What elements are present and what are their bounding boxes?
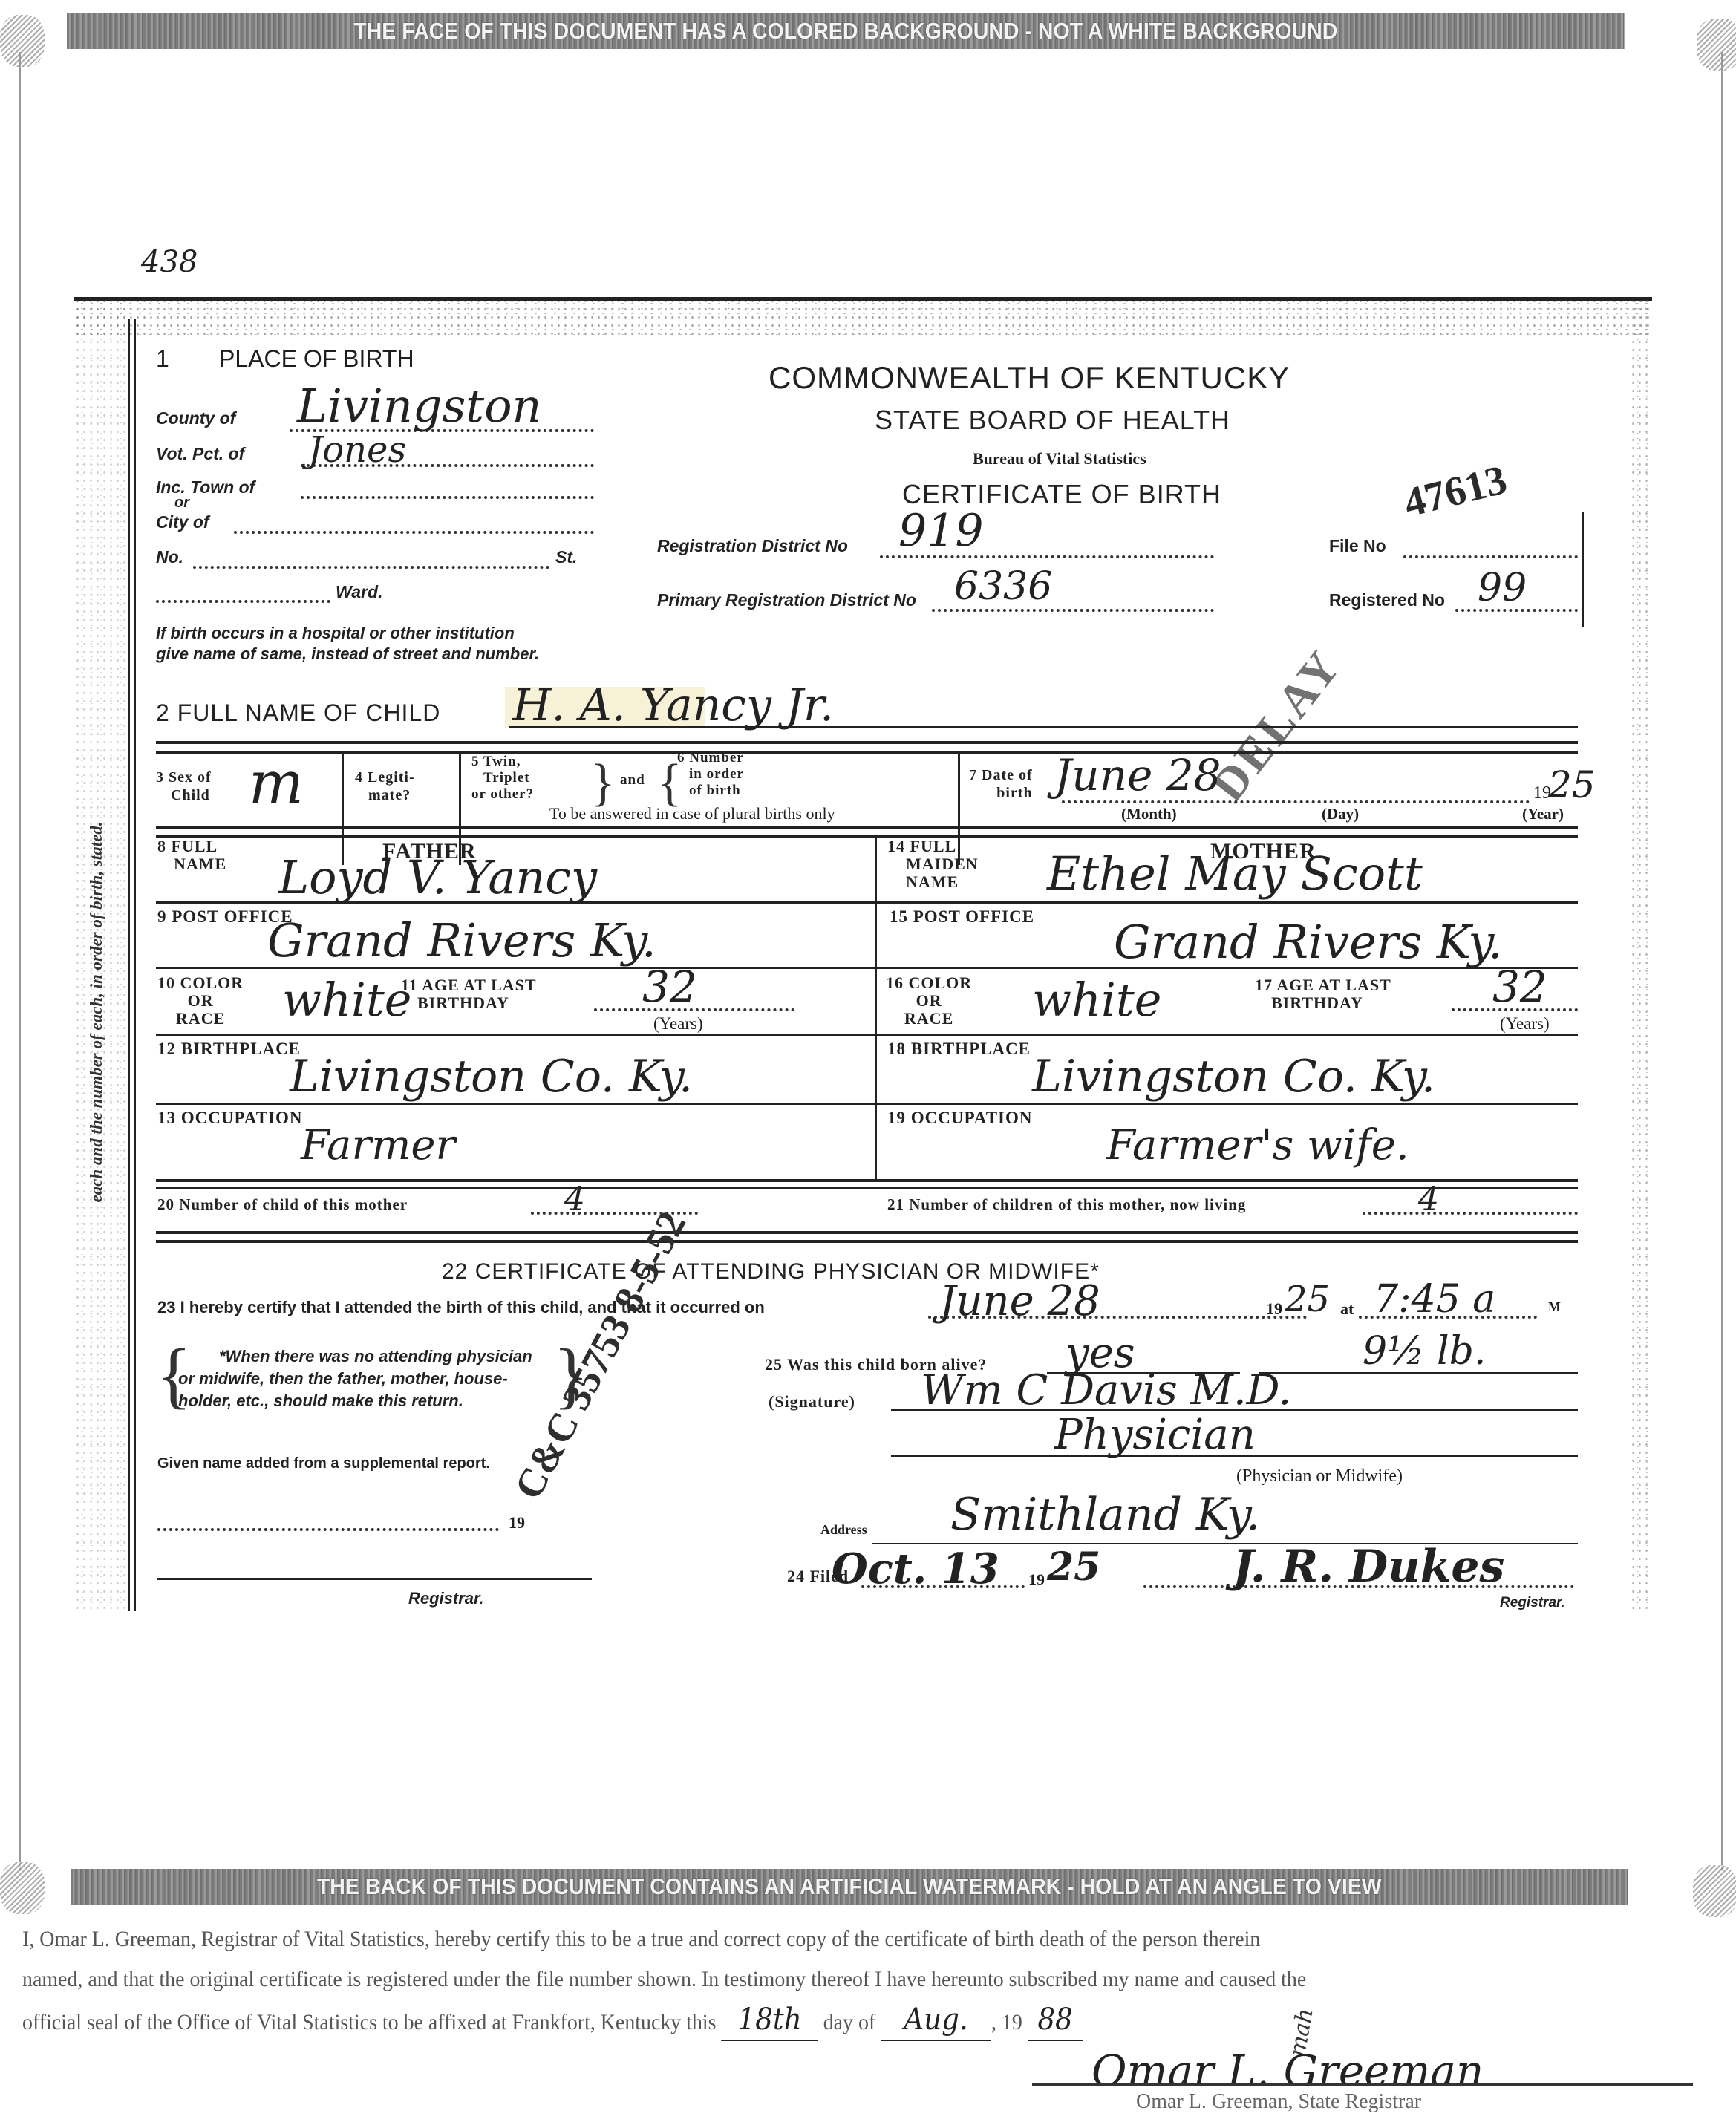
county-value[interactable]: Livingston	[297, 379, 541, 433]
children-living-value[interactable]: 4	[1418, 1181, 1439, 1218]
occurred-year-prefix: 19	[1266, 1299, 1282, 1319]
vot-pct-label: Vot. Pct. of	[156, 444, 244, 464]
twin-label: 5 Twin,Tripletor other?	[471, 754, 534, 803]
child-name-label: 2 FULL NAME OF CHILD	[156, 699, 440, 727]
top-border-line	[74, 297, 1652, 301]
mother-name-label-2: MAIDEN	[887, 855, 979, 873]
birth-weight-value[interactable]: 9½ lb.	[1363, 1329, 1486, 1374]
registrar-certification: I, Omar L. Greeman, Registrar of Vital S…	[22, 1919, 1604, 2043]
street-field-line	[193, 566, 549, 569]
hospital-note-line-2: give name of same, instead of street and…	[156, 644, 539, 664]
rule-child-top-2	[156, 751, 1578, 754]
physician-certify-text: 23 I hereby certify that I attended the …	[157, 1298, 765, 1317]
child-number-label: 20 Number of child of this mother	[157, 1195, 408, 1214]
state-title: COMMONWEALTH OF KENTUCKY	[769, 360, 1290, 396]
mother-color-label-1: 16 COLOR	[886, 973, 972, 992]
certification-year-prefix: , 19	[991, 2010, 1022, 2034]
mother-name-value[interactable]: Ethel May Scott	[1047, 846, 1423, 901]
physician-signature-value[interactable]: Wm C Davis M.D.	[921, 1366, 1291, 1414]
mother-occupation-label: 19 OCCUPATION	[887, 1109, 1033, 1128]
rule-physician-top-2	[156, 1240, 1578, 1243]
street-st-label: St.	[555, 547, 577, 567]
dob-label-1: 7 Date of	[969, 767, 1033, 783]
physician-note-line-1: *When there was no attending physician	[178, 1347, 532, 1365]
city-field-line	[234, 531, 594, 534]
child-number-value[interactable]: 4	[564, 1181, 585, 1218]
state-registrar-title: Omar L. Greeman, State Registrar	[1136, 2090, 1421, 2114]
mother-name-label: 14 FULLMAIDENNAME	[887, 838, 979, 891]
inc-town-field-line	[301, 496, 594, 499]
file-no-line	[1403, 555, 1578, 558]
page-number-handwritten: 438	[141, 245, 198, 279]
physician-title-value[interactable]: Physician	[1054, 1411, 1256, 1459]
number-label-1: 6 Number	[677, 750, 744, 766]
board-title: STATE BOARD OF HEALTH	[875, 405, 1230, 436]
state-registrar-signature-line	[1032, 2083, 1693, 2086]
mother-occupation-value[interactable]: Farmer's wife.	[1106, 1121, 1409, 1169]
physician-note-line-2: or midwife, then the father, mother, hou…	[178, 1369, 508, 1388]
father-birthplace-rule	[156, 1103, 875, 1105]
ward-field-line	[156, 600, 330, 603]
parents-divider	[875, 838, 877, 1179]
at-label: at	[1340, 1299, 1354, 1319]
border-scallop-left-top	[0, 15, 45, 67]
dob-value[interactable]: June 28	[1054, 750, 1221, 800]
year-label: (Year)	[1522, 805, 1564, 823]
certification-day-value[interactable]: 18th	[722, 2000, 818, 2041]
filed-date-value[interactable]: Oct. 13	[832, 1544, 999, 1593]
number-label-2: in order	[677, 766, 744, 782]
delay-stamp: DELAY	[1201, 639, 1353, 812]
father-post-office-value[interactable]: Grand Rivers Ky.	[267, 913, 656, 967]
dob-year-value[interactable]: 25	[1548, 763, 1596, 806]
physician-or-midwife-label: (Physician or Midwife)	[1236, 1466, 1403, 1486]
registrar-signature-value[interactable]: J. R. Dukes	[1233, 1541, 1504, 1593]
scan-speckle-right	[1630, 297, 1652, 1611]
number-label-3: of birth	[677, 783, 741, 798]
father-po-rule	[156, 967, 875, 969]
mother-name-label-1: 14 FULL	[887, 837, 956, 855]
children-living-label: 21 Number of children of this mother, no…	[887, 1195, 1246, 1214]
physician-note-line-3: holder, etc., should make this return.	[178, 1391, 463, 1410]
rule-children-top-1	[156, 1179, 1578, 1182]
bottom-security-banner: THE BACK OF THIS DOCUMENT CONTAINS AN AR…	[71, 1869, 1628, 1905]
certification-month-value[interactable]: Aug.	[881, 2000, 991, 2041]
legit-label-1: 4 Legiti-	[355, 769, 415, 786]
mother-color-label-2: OR	[916, 991, 942, 1010]
time-value[interactable]: 7:45 a	[1374, 1277, 1495, 1322]
legit-label: 4 Legiti-mate?	[355, 768, 415, 804]
certification-line-3-text: official seal of the Office of Vital Sta…	[22, 2010, 717, 2034]
mother-age-label-2: BIRTHDAY	[1255, 993, 1363, 1012]
primary-registration-line	[932, 609, 1214, 612]
place-of-birth-title: PLACE OF BIRTH	[219, 345, 414, 373]
certification-day-of-label: day of	[823, 2010, 876, 2034]
physician-note: *When there was no attending physicianor…	[178, 1345, 532, 1412]
or-label: or	[174, 495, 189, 512]
page-border-right	[1721, 52, 1723, 1871]
registered-no-label: Registered No	[1329, 590, 1445, 610]
file-no-label: File No	[1329, 536, 1386, 556]
father-color-value[interactable]: white	[282, 973, 411, 1027]
registrar-left-label: Registrar.	[408, 1589, 484, 1608]
vot-pct-value[interactable]: Jones	[308, 429, 406, 471]
signature-label: (Signature)	[769, 1392, 855, 1411]
day-label: (Day)	[1322, 805, 1359, 823]
father-name-value[interactable]: Loyd V. Yancy	[278, 850, 597, 904]
certification-line-3: official seal of the Office of Vital Sta…	[22, 2000, 1604, 2043]
mother-name-rule	[877, 901, 1578, 904]
sex-value[interactable]: m	[249, 750, 304, 817]
filed-year-value[interactable]: 25	[1047, 1544, 1100, 1590]
father-name-label-1: 8 FULL	[157, 837, 218, 855]
dob-field-line	[1062, 800, 1530, 803]
father-color-rule	[156, 1034, 875, 1036]
mother-birthplace-value[interactable]: Livingston Co. Ky.	[1032, 1051, 1435, 1103]
left-border-line-1	[128, 319, 130, 1611]
filed-year-prefix: 19	[1028, 1570, 1045, 1590]
birth-certificate: each and the number of each, in order of…	[74, 297, 1652, 1611]
primary-registration-label: Primary Registration District No	[657, 590, 916, 610]
mother-color-value[interactable]: white	[1032, 973, 1161, 1027]
certificate-stamp-number: 47613	[1399, 456, 1511, 527]
mother-po-rule	[877, 967, 1578, 969]
inc-town-label: Inc. Town of	[156, 477, 255, 497]
plural-births-note: To be answered in case of plural births …	[549, 804, 835, 823]
mother-birthplace-label: 18 BIRTHPLACE	[887, 1039, 1031, 1059]
father-name-label-2: NAME	[157, 855, 226, 873]
mother-name-label-3: NAME	[887, 872, 959, 891]
father-name-rule	[156, 901, 875, 904]
father-age-label-1: 11 AGE AT LAST	[401, 976, 537, 994]
child-name-underline	[509, 726, 1578, 728]
father-age-value[interactable]: 32	[642, 962, 697, 1012]
father-years-label: (Years)	[653, 1014, 703, 1034]
sex-label-1: 3 Sex of	[156, 769, 212, 786]
bureau-title: Bureau of Vital Statistics	[973, 449, 1146, 469]
mother-age-label-1: 17 AGE AT LAST	[1255, 976, 1391, 994]
registration-right-bar	[1582, 512, 1584, 627]
sex-legit-divider	[342, 754, 344, 865]
rule-child-top-1	[156, 741, 1578, 744]
month-label: (Month)	[1121, 805, 1177, 823]
ward-label: Ward.	[336, 582, 382, 602]
registrar-right-label: Registrar.	[1500, 1595, 1565, 1611]
border-scallop-left-bottom	[0, 1862, 45, 1914]
address-value[interactable]: Smithland Ky.	[950, 1489, 1260, 1541]
mother-age-value[interactable]: 32	[1492, 962, 1547, 1012]
occurred-date-value[interactable]: June 28	[939, 1277, 1100, 1325]
mother-color-label: 16 COLORORRACE	[886, 974, 972, 1028]
city-label: City of	[156, 512, 209, 532]
mother-age-label: 17 AGE AT LASTBIRTHDAY	[1255, 976, 1391, 1012]
sex-label-2: Child	[156, 787, 210, 803]
mother-years-label: (Years)	[1500, 1014, 1550, 1034]
father-color-label-1: 10 COLOR	[157, 973, 244, 992]
mother-color-label-3: RACE	[904, 1009, 953, 1028]
certification-year-value[interactable]: 88	[1028, 2000, 1083, 2041]
father-occupation-value[interactable]: Farmer	[301, 1121, 455, 1169]
mother-post-office-value[interactable]: Grand Rivers Ky.	[1114, 915, 1503, 969]
m-label: M	[1548, 1299, 1561, 1315]
page-border-left	[19, 52, 21, 1871]
and-label: and	[620, 772, 645, 789]
twin-label-1: 5 Twin,	[471, 754, 521, 769]
number-order-label: 6 Numberin orderof birth	[677, 750, 744, 799]
street-no-label: No.	[156, 547, 183, 567]
state-registrar-signature: Omar L. Greeman	[1091, 2046, 1484, 2096]
given-name-note: Given name added from a supplemental rep…	[157, 1455, 490, 1472]
certification-line-2: named, and that the original certificate…	[22, 1959, 1604, 2000]
registration-district-label: Registration District No	[657, 536, 848, 556]
supplemental-date-line	[157, 1528, 499, 1531]
supplemental-year-prefix: 19	[509, 1513, 525, 1533]
place-of-birth-number: 1	[156, 345, 169, 373]
top-security-banner: THE FACE OF THIS DOCUMENT HAS A COLORED …	[67, 13, 1625, 49]
father-age-label: 11 AGE AT LASTBIRTHDAY	[401, 976, 537, 1012]
father-color-label-3: RACE	[176, 1009, 225, 1028]
twin-label-3: or other?	[471, 786, 534, 802]
side-instruction-text: each and the number of each, in order of…	[87, 678, 106, 1346]
father-color-label-2: OR	[188, 991, 214, 1010]
supplemental-stamp: C&C 35753 8-5-52	[505, 1204, 695, 1507]
left-border-line-2	[134, 319, 136, 1611]
primary-registration-value[interactable]: 6336	[954, 564, 1052, 609]
mother-post-office-label: 15 POST OFFICE	[890, 907, 1034, 927]
father-occupation-label: 13 OCCUPATION	[157, 1109, 303, 1128]
dob-label: 7 Date ofbirth	[969, 766, 1033, 802]
rule-children-top-2	[156, 1187, 1578, 1189]
rule-parents-top-1	[156, 826, 1578, 829]
registrar-left-line	[157, 1578, 592, 1580]
mother-birthplace-rule	[877, 1103, 1578, 1105]
address-label: Address	[820, 1522, 867, 1538]
registered-no-value[interactable]: 99	[1478, 566, 1527, 610]
rule-parents-top-2	[156, 835, 1578, 838]
father-name-label: 8 FULLNAME	[157, 838, 226, 873]
rule-physician-top-1	[156, 1231, 1578, 1234]
border-scallop-right-bottom	[1693, 1865, 1736, 1917]
border-scallop-right-top	[1697, 19, 1736, 71]
father-color-label: 10 COLORORRACE	[157, 974, 244, 1028]
hospital-note-line-1: If birth occurs in a hospital or other i…	[156, 624, 515, 643]
father-birthplace-value[interactable]: Livingston Co. Ky.	[290, 1051, 693, 1103]
father-age-label-2: BIRTHDAY	[401, 993, 509, 1012]
scan-speckle-top	[74, 297, 1652, 338]
certification-line-1: I, Omar L. Greeman, Registrar of Vital S…	[22, 1919, 1604, 1959]
father-birthplace-label: 12 BIRTHPLACE	[157, 1039, 301, 1059]
twin-label-2: Triplet	[471, 770, 530, 786]
dob-label-2: birth	[996, 785, 1032, 801]
sex-label: 3 Sex ofChild	[156, 768, 212, 804]
county-label: County of	[156, 408, 235, 428]
mother-color-rule	[877, 1034, 1578, 1036]
legit-label-2: mate?	[355, 787, 411, 803]
registration-district-value[interactable]: 919	[898, 505, 984, 557]
child-name-value[interactable]: H. A. Yancy Jr.	[512, 679, 834, 731]
children-living-line	[1363, 1212, 1578, 1215]
occurred-year-value[interactable]: 25	[1285, 1279, 1330, 1320]
